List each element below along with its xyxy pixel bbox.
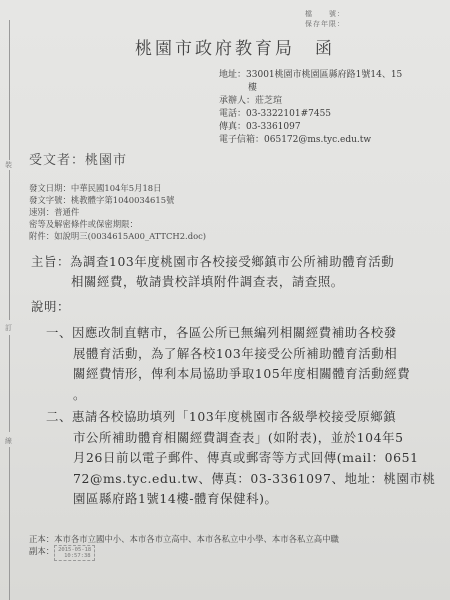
agency-name: 桃園市政府教育局 xyxy=(135,39,295,59)
speed-row: 速別：普通件 xyxy=(29,206,206,218)
item-line: 72@ms.tyc.edu.tw、傳真：03-3361097、地址：桃園市桃 xyxy=(46,469,435,490)
subject-label: 主旨： xyxy=(31,254,70,269)
item-line: 展體育活動，為了解各校103年接受公所補助體育活動相 xyxy=(46,344,410,365)
item-line: 因應改制直轄市，各區公所已無編列相關經費補助各校發 xyxy=(72,325,397,340)
binding-line xyxy=(9,447,10,600)
dispatch-number-row: 發文字號：桃教體字第1040034615號 xyxy=(29,194,206,206)
item-line: 月26日前以電子郵件、傳真或郵寄等方式回傳(mail：0651 xyxy=(46,448,435,469)
subject-section: 主旨：為調查103年度桃園市各校接受鄉鎮市公所補助體育活動 相關經費，敬請貴校詳… xyxy=(31,252,394,292)
binding-mark-ding: 訂 xyxy=(5,323,12,333)
phone-row: 電話：03-3322101#7455 xyxy=(219,108,402,121)
fax-row: 傳真：03-3361097 xyxy=(219,121,402,134)
timestamp-stamp: 2015-05-1810:57:38 xyxy=(54,545,95,561)
email-row: 電子信箱：065172@ms.tyc.edu.tw xyxy=(219,134,402,147)
handler-value: 莊芝瑄 xyxy=(255,96,282,106)
phone-value: 03-3322101#7455 xyxy=(246,109,331,119)
item-marker: 二、 xyxy=(46,409,72,424)
stamp-time: 10:57:38 xyxy=(58,553,91,559)
binding-line xyxy=(9,170,10,320)
binding-mark-xian: 線 xyxy=(5,436,12,446)
speed-value: 普通件 xyxy=(54,207,79,217)
dispatch-date-row: 發文日期：中華民國104年5月18日 xyxy=(29,182,206,194)
binding-line xyxy=(9,20,10,160)
subject-line-2: 相關經費，敬請貴校詳填附件調查表，請查照。 xyxy=(31,272,394,292)
item-line: 園區縣府路1號14樓-體育保健科)。 xyxy=(46,489,435,510)
file-number-label: 檔 號： xyxy=(305,9,345,19)
item-line: 惠請各校協助填列「103年度桃園市各級學校接受原鄉鎮 xyxy=(72,409,396,424)
distribution-section: 正本：本市各市立國中小、本市各市立高中、本市各私立中小學、本市各私立高中職 副本… xyxy=(29,533,339,561)
secrecy-row: 密等及解密條件或保密期限： xyxy=(29,218,206,230)
address-row: 地址：33001桃園市桃園區縣府路1號14、15 xyxy=(219,69,402,82)
document-type: 函 xyxy=(315,39,335,59)
dispatch-date: 中華民國104年5月18日 xyxy=(71,183,162,193)
copy-recipients-row: 副本：2015-05-1810:57:38 xyxy=(29,545,339,561)
explanation-item-2: 二、惠請各校協助填列「103年度桃園市各級學校接受原鄉鎮 市公所補助體育相關經費… xyxy=(46,407,435,510)
attachment-value: 如說明三(0034615A00_ATTCH2.doc) xyxy=(54,231,206,241)
item-marker: 一、 xyxy=(46,325,72,340)
email-value: 065172@ms.tyc.edu.tw xyxy=(264,135,371,145)
attachment-row: 附件：如說明三(0034615A00_ATTCH2.doc) xyxy=(29,230,206,242)
binding-mark-zhuang: 裝 xyxy=(5,160,12,170)
subject-line-1: 為調查103年度桃園市各校接受鄉鎮市公所補助體育活動 xyxy=(70,254,394,269)
dispatch-number: 桃教體字第1040034615號 xyxy=(71,195,175,205)
dispatch-metadata: 發文日期：中華民國104年5月18日 發文字號：桃教體字第1040034615號… xyxy=(29,182,206,242)
fax-value: 03-3361097 xyxy=(246,122,301,132)
explanation-label: 說明： xyxy=(31,297,70,315)
item-line: 市公所補助體育相關經費調查表」(如附表)，並於104年5 xyxy=(46,428,435,449)
item-line: 。 xyxy=(46,385,410,406)
recipient: 受文者：桃園市 xyxy=(29,149,127,168)
document-title: 桃園市政府教育局函 xyxy=(135,34,335,59)
explanation-item-1: 一、因應改制直轄市，各區公所已無編列相關經費補助各校發 展體育活動，為了解各校1… xyxy=(46,323,410,405)
retention-period-label: 保存年限： xyxy=(305,19,345,29)
item-line: 關經費情形，俾利本局協助爭取105年度相關體育活動經費 xyxy=(46,364,410,385)
original-recipients: 本市各市立國中小、本市各市立高中、本市各私立中小學、本市各私立高中職 xyxy=(54,534,339,544)
address-row-cont: 樓 xyxy=(219,82,402,95)
recipient-value: 桃園市 xyxy=(85,153,127,168)
binding-line xyxy=(9,335,10,432)
handler-row: 承辦人：莊芝瑄 xyxy=(219,95,402,108)
contact-block: 地址：33001桃園市桃園區縣府路1號14、15 樓 承辦人：莊芝瑄 電話：03… xyxy=(219,69,402,147)
original-recipients-row: 正本：本市各市立國中小、本市各市立高中、本市各私立中小學、本市各私立高中職 xyxy=(29,533,339,545)
address-value: 33001桃園市桃園區縣府路1號14、15 xyxy=(246,70,402,80)
